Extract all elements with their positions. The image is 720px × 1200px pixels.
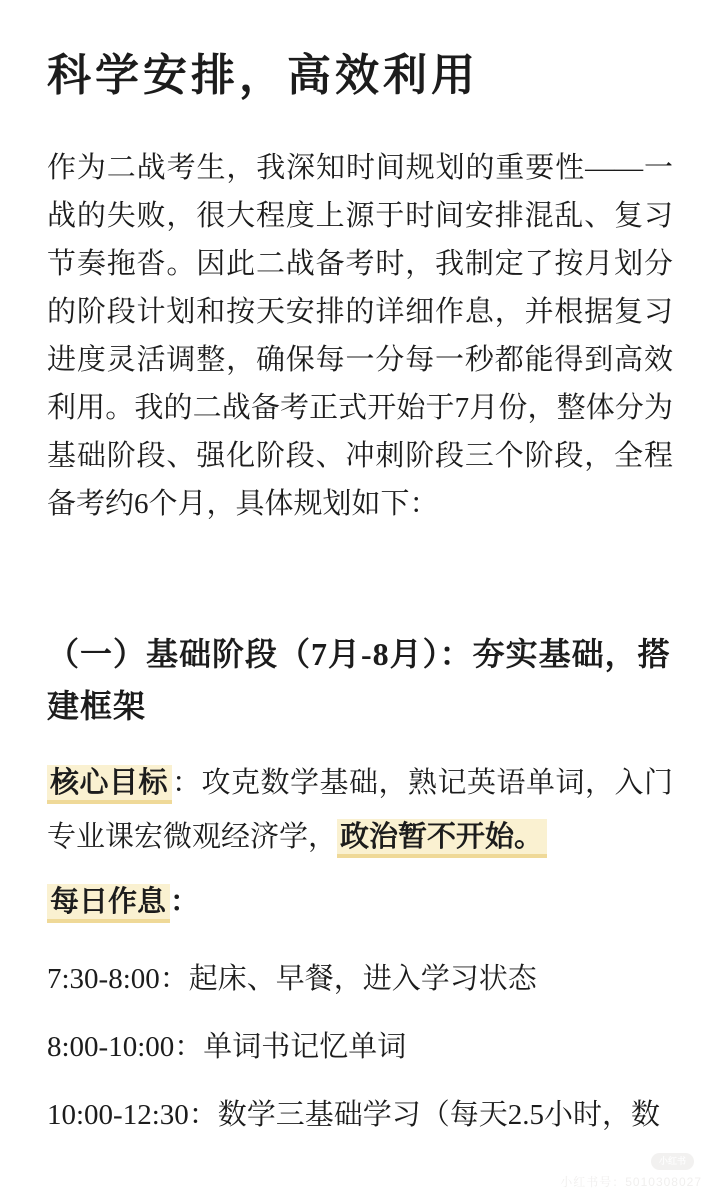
daily-schedule-heading: 每日作息： [47,878,673,926]
daily-schedule-separator: ： [170,886,199,918]
schedule-item: 10:00-12:30：数学三基础学习（每天2.5小时，数 [47,1100,673,1130]
intro-paragraph: 作为二战考生，我深知时间规划的重要性——一战的失败，很大程度上源于时间安排混乱、… [47,144,673,528]
schedule-item: 8:00-10:00：单词书记忆单词 [47,1032,673,1062]
core-goal-paragraph: 核心目标：攻克数学基础，熟记英语单词，入门专业课宏微观经济学，政治暂不开始。 [47,756,673,864]
schedule-item: 7:30-8:00：起床、早餐，进入学习状态 [47,964,673,994]
article: 科学安排，高效利用 作为二战考生，我深知时间规划的重要性——一战的失败，很大程度… [0,50,720,1130]
core-goal-separator: ： [172,767,202,799]
section-heading: （一）基础阶段（7月-8月）：夯实基础，搭建框架 [47,628,673,732]
daily-schedule-label: 每日作息 [47,884,170,923]
watermark-account-id: 小红书号：5010308027 [560,1176,702,1188]
xiaohongshu-badge: 小红书 [651,1153,694,1170]
page-title: 科学安排，高效利用 [47,50,673,102]
core-goal-highlight: 政治暂不开始。 [337,819,547,858]
core-goal-label: 核心目标 [47,765,172,804]
watermark: 小红书 小红书号：5010308027 [560,1151,702,1188]
